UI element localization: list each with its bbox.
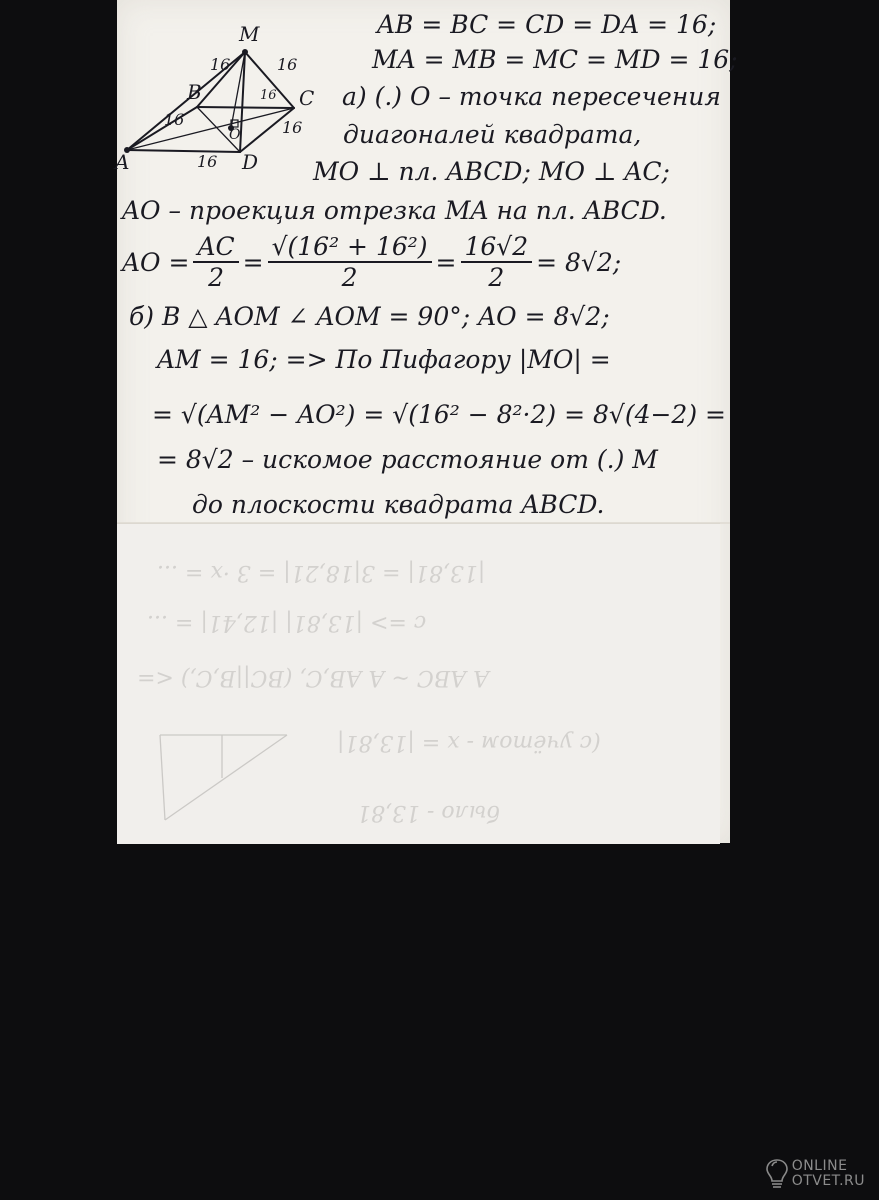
watermark-text: ONLINE OTVET.RU bbox=[792, 1159, 865, 1189]
edge-label: 16 bbox=[260, 88, 277, 103]
edge-label: 16 bbox=[277, 55, 297, 74]
fraction-ac-over-2: AC 2 bbox=[193, 232, 238, 292]
bleed-through-text: A ABC ~ A AB,C, (BC||B,C,) <= bbox=[137, 665, 489, 690]
lightbulb-icon bbox=[766, 1158, 788, 1190]
ao-formula-result: = 8√2; bbox=[536, 248, 621, 277]
part-a-line-1: a) (.) O – точка пересечения bbox=[342, 82, 721, 111]
part-b-final-line: до плоскости квадрата ABCD. bbox=[192, 490, 604, 519]
ao-formula: AO = AC 2 = √(16² + 16²) 2 = 16√2 2 = 8√… bbox=[122, 232, 621, 292]
vertex-label-c: C bbox=[299, 86, 314, 110]
bleed-through-text: |13,81| = 3|18,21| = 3 ·x = ... bbox=[157, 560, 485, 585]
part-b-line-2: AM = 16; => По Пифагору |MO| = bbox=[157, 345, 611, 374]
bleed-through-triangle bbox=[157, 730, 297, 825]
watermark-line-1: ONLINE bbox=[792, 1159, 865, 1174]
edge-label: 16 bbox=[282, 118, 302, 137]
bleed-through-text: c => |13,81| |12,41| = ... bbox=[147, 610, 426, 635]
part-a-line-3: MO ⊥ пл. ABCD; MO ⊥ AC; bbox=[313, 157, 670, 186]
fraction-16-sqrt2: 16√2 2 bbox=[461, 232, 533, 292]
edge-label: 16 bbox=[164, 110, 184, 129]
given-base-edges: AB = BC = CD = DA = 16; bbox=[377, 10, 716, 39]
edge-label: 16 bbox=[210, 55, 230, 74]
fraction-sqrt-sum: √(16² + 16²) 2 bbox=[268, 232, 432, 292]
vertex-label-a: A bbox=[115, 150, 129, 174]
vertex-label-d: D bbox=[242, 150, 258, 174]
vertex-label-m: M bbox=[239, 22, 259, 46]
edge-label: 16 bbox=[197, 152, 217, 171]
part-b-line-3: = √(AM² − AO²) = √(16² − 8²·2) = 8√(4−2)… bbox=[152, 400, 726, 429]
vertex-label-b: B bbox=[187, 80, 202, 104]
part-b-answer-line: = 8√2 – искомое расстояние от (.) M bbox=[157, 445, 658, 474]
bleed-through-text: (с учётом - x = |13,81| bbox=[337, 730, 601, 755]
scanned-paper-sheet: M A B C D O 16 16 16 16 16 16 AB = BC = … bbox=[117, 0, 730, 843]
part-a-line-2: диагоналей квадрата, bbox=[343, 120, 641, 149]
watermark-line-2: OTVET.RU bbox=[792, 1174, 865, 1189]
watermark: ONLINE OTVET.RU bbox=[766, 1158, 865, 1190]
bleed-through-text: было - 13,81 bbox=[357, 800, 500, 825]
part-b-line-1: б) В △ AOM ∠ AOM = 90°; AO = 8√2; bbox=[129, 302, 610, 331]
center-label-o: O bbox=[229, 127, 240, 143]
given-lateral-edges: MA = MB = MC = MD = 16; bbox=[372, 45, 738, 74]
ao-formula-lhs: AO = bbox=[122, 248, 189, 277]
part-a-line-4: AO – проекция отрезка MA на пл. ABCD. bbox=[122, 196, 667, 225]
